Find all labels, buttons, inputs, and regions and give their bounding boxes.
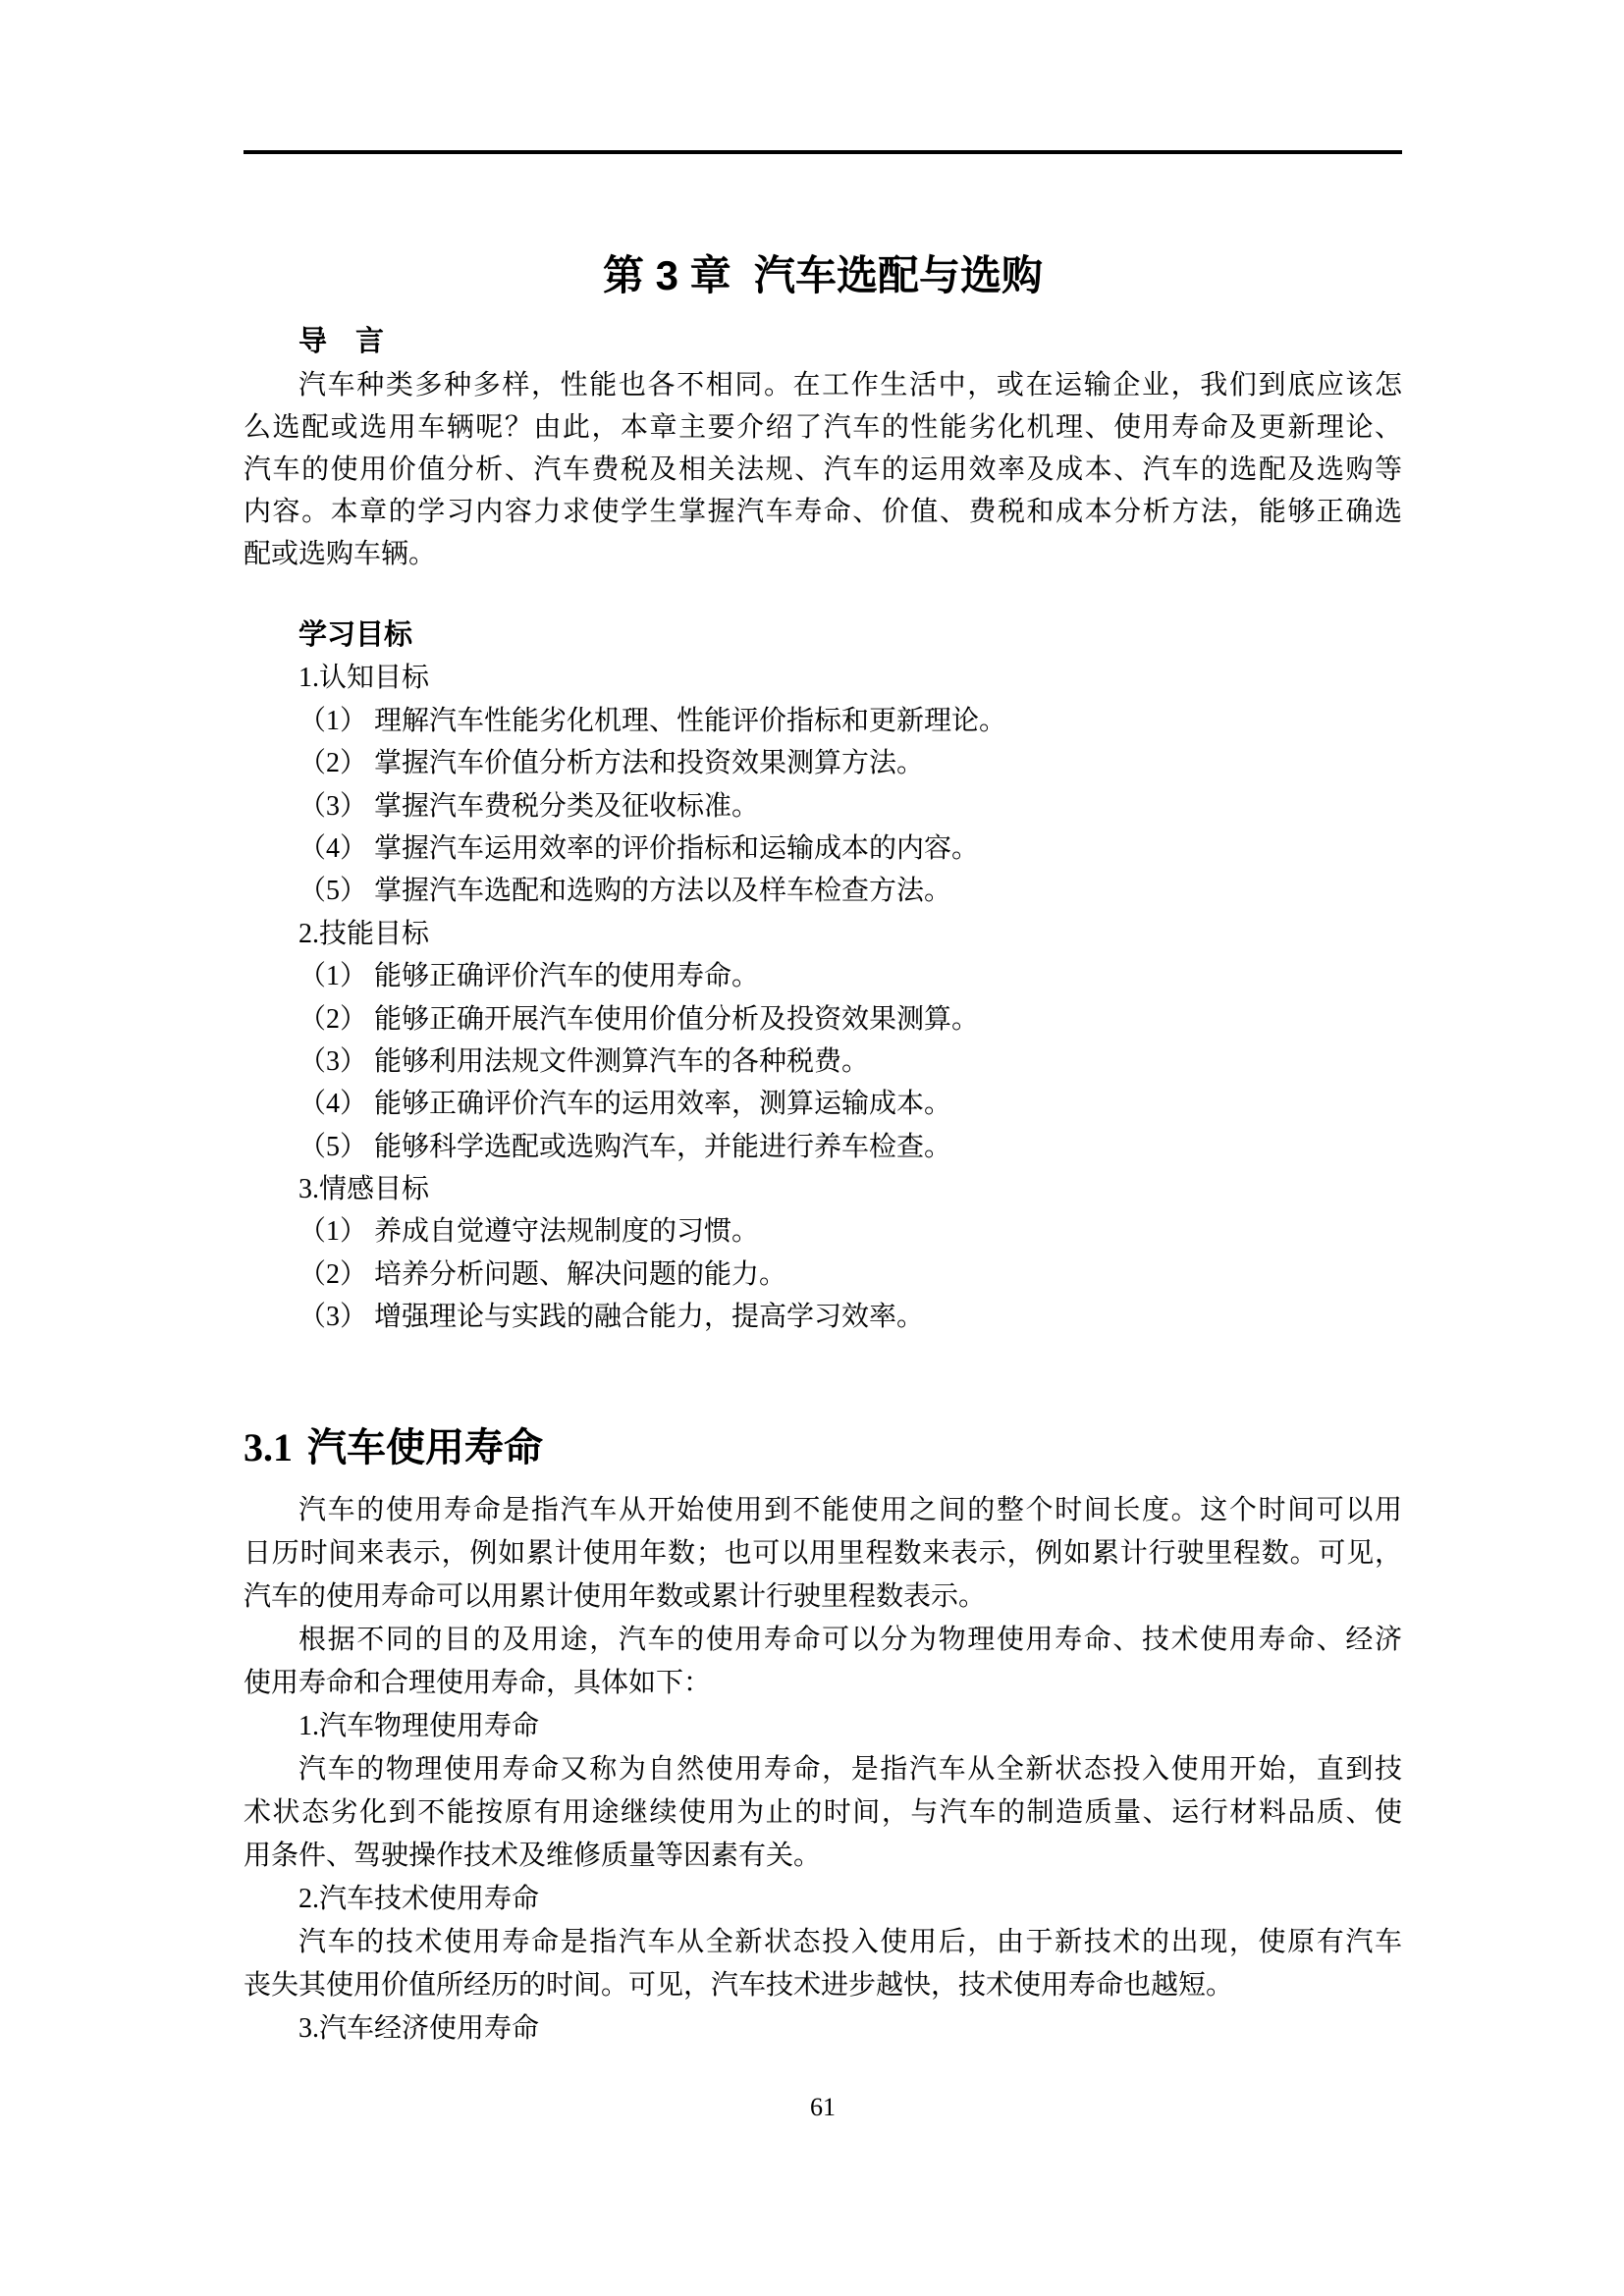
objectives-section: 学习目标 1.认知目标 （1） 理解汽车性能劣化机理、性能评价指标和更新理论。 … bbox=[244, 614, 1402, 1339]
text-line: 汽车的使用价值分析、汽车费税及相关法规、汽车的运用效率及成本、汽车的选配及选购等 bbox=[244, 449, 1402, 491]
text-line: 根据不同的目的及用途，汽车的使用寿命可以分为物理使用寿命、技术使用寿命、经济 bbox=[244, 1619, 1402, 1662]
objective-item: （2） 能够正确开展汽车使用价值分析及投资效果测算。 bbox=[244, 998, 1402, 1041]
sub-heading: 3.汽车经济使用寿命 bbox=[244, 2007, 1402, 2051]
text-line: 配或选购车辆。 bbox=[244, 533, 1402, 575]
page-content: 第 3 章 汽车选配与选购 导 言 汽车种类多种多样，性能也各不相同。在工作生活… bbox=[244, 150, 1402, 2122]
objective-item: （3） 能够利用法规文件测算汽车的各种税费。 bbox=[244, 1041, 1402, 1083]
section-title: 汽车使用寿命 bbox=[307, 1425, 543, 1469]
text-line: 汽车的技术使用寿命是指汽车从全新状态投入使用后，由于新技术的出现，使原有汽车 bbox=[244, 1921, 1402, 1964]
sub-heading: 2.汽车技术使用寿命 bbox=[244, 1878, 1402, 1921]
text-line: 使用寿命和合理使用寿命，具体如下： bbox=[244, 1662, 1402, 1705]
objective-item: （1） 理解汽车性能劣化机理、性能评价指标和更新理论。 bbox=[244, 700, 1402, 742]
section-number: 3.1 bbox=[244, 1425, 293, 1469]
text-line: 汽车的使用寿命是指汽车从开始使用到不能使用之间的整个时间长度。这个时间可以用 bbox=[244, 1489, 1402, 1532]
page-number: 61 bbox=[244, 2093, 1402, 2122]
text-line: 术状态劣化到不能按原有用途继续使用为止的时间，与汽车的制造质量、运行材料品质、使 bbox=[244, 1791, 1402, 1835]
objective-item: （3） 掌握汽车费税分类及征收标准。 bbox=[244, 785, 1402, 828]
text-line: 么选配或选用车辆呢？由此，本章主要介绍了汽车的性能劣化机理、使用寿命及更新理论、 bbox=[244, 406, 1402, 449]
text-line: 日历时间来表示，例如累计使用年数；也可以用里程数来表示，例如累计行驶里程数。可见… bbox=[244, 1532, 1402, 1575]
section-heading: 3.1汽车使用寿命 bbox=[244, 1424, 1402, 1471]
objective-group-title: 3.情感目标 bbox=[244, 1168, 1402, 1210]
objective-item: （5） 掌握汽车选配和选购的方法以及样车检查方法。 bbox=[244, 870, 1402, 912]
objectives-heading: 学习目标 bbox=[244, 614, 1402, 657]
text-line: 汽车的物理使用寿命又称为自然使用寿命，是指汽车从全新状态投入使用开始，直到技 bbox=[244, 1748, 1402, 1791]
text-line: 内容。本章的学习内容力求使学生掌握汽车寿命、价值、费税和成本分析方法，能够正确选 bbox=[244, 491, 1402, 533]
intro-paragraph: 汽车种类多种多样，性能也各不相同。在工作生活中，或在运输企业，我们到底应该怎 么… bbox=[244, 364, 1402, 575]
objective-group-title: 2.技能目标 bbox=[244, 913, 1402, 955]
header-rule bbox=[244, 150, 1402, 154]
objective-group-title: 1.认知目标 bbox=[244, 657, 1402, 699]
document-page: 第 3 章 汽车选配与选购 导 言 汽车种类多种多样，性能也各不相同。在工作生活… bbox=[0, 0, 1624, 2296]
text-line: 汽车种类多种多样，性能也各不相同。在工作生活中，或在运输企业，我们到底应该怎 bbox=[244, 364, 1402, 406]
text-line: 汽车的使用寿命可以用累计使用年数或累计行驶里程数表示。 bbox=[244, 1575, 1402, 1619]
sub-heading: 1.汽车物理使用寿命 bbox=[244, 1705, 1402, 1748]
section-body: 汽车的使用寿命是指汽车从开始使用到不能使用之间的整个时间长度。这个时间可以用 日… bbox=[244, 1489, 1402, 2051]
objective-item: （2） 掌握汽车价值分析方法和投资效果测算方法。 bbox=[244, 742, 1402, 784]
text-line: 丧失其使用价值所经历的时间。可见，汽车技术进步越快，技术使用寿命也越短。 bbox=[244, 1964, 1402, 2007]
objective-item: （5） 能够科学选配或选购汽车，并能进行养车检查。 bbox=[244, 1126, 1402, 1168]
text-line: 用条件、驾驶操作技术及维修质量等因素有关。 bbox=[244, 1835, 1402, 1878]
chapter-title: 第 3 章 汽车选配与选购 bbox=[244, 251, 1402, 300]
objective-item: （2） 培养分析问题、解决问题的能力。 bbox=[244, 1254, 1402, 1296]
objective-item: （4） 能够正确评价汽车的运用效率，测算运输成本。 bbox=[244, 1083, 1402, 1125]
objective-item: （3） 增强理论与实践的融合能力，提高学习效率。 bbox=[244, 1296, 1402, 1338]
objective-item: （4） 掌握汽车运用效率的评价指标和运输成本的内容。 bbox=[244, 828, 1402, 870]
objective-item: （1） 养成自觉遵守法规制度的习惯。 bbox=[244, 1210, 1402, 1253]
objective-item: （1） 能够正确评价汽车的使用寿命。 bbox=[244, 955, 1402, 997]
intro-heading: 导 言 bbox=[244, 324, 1402, 359]
